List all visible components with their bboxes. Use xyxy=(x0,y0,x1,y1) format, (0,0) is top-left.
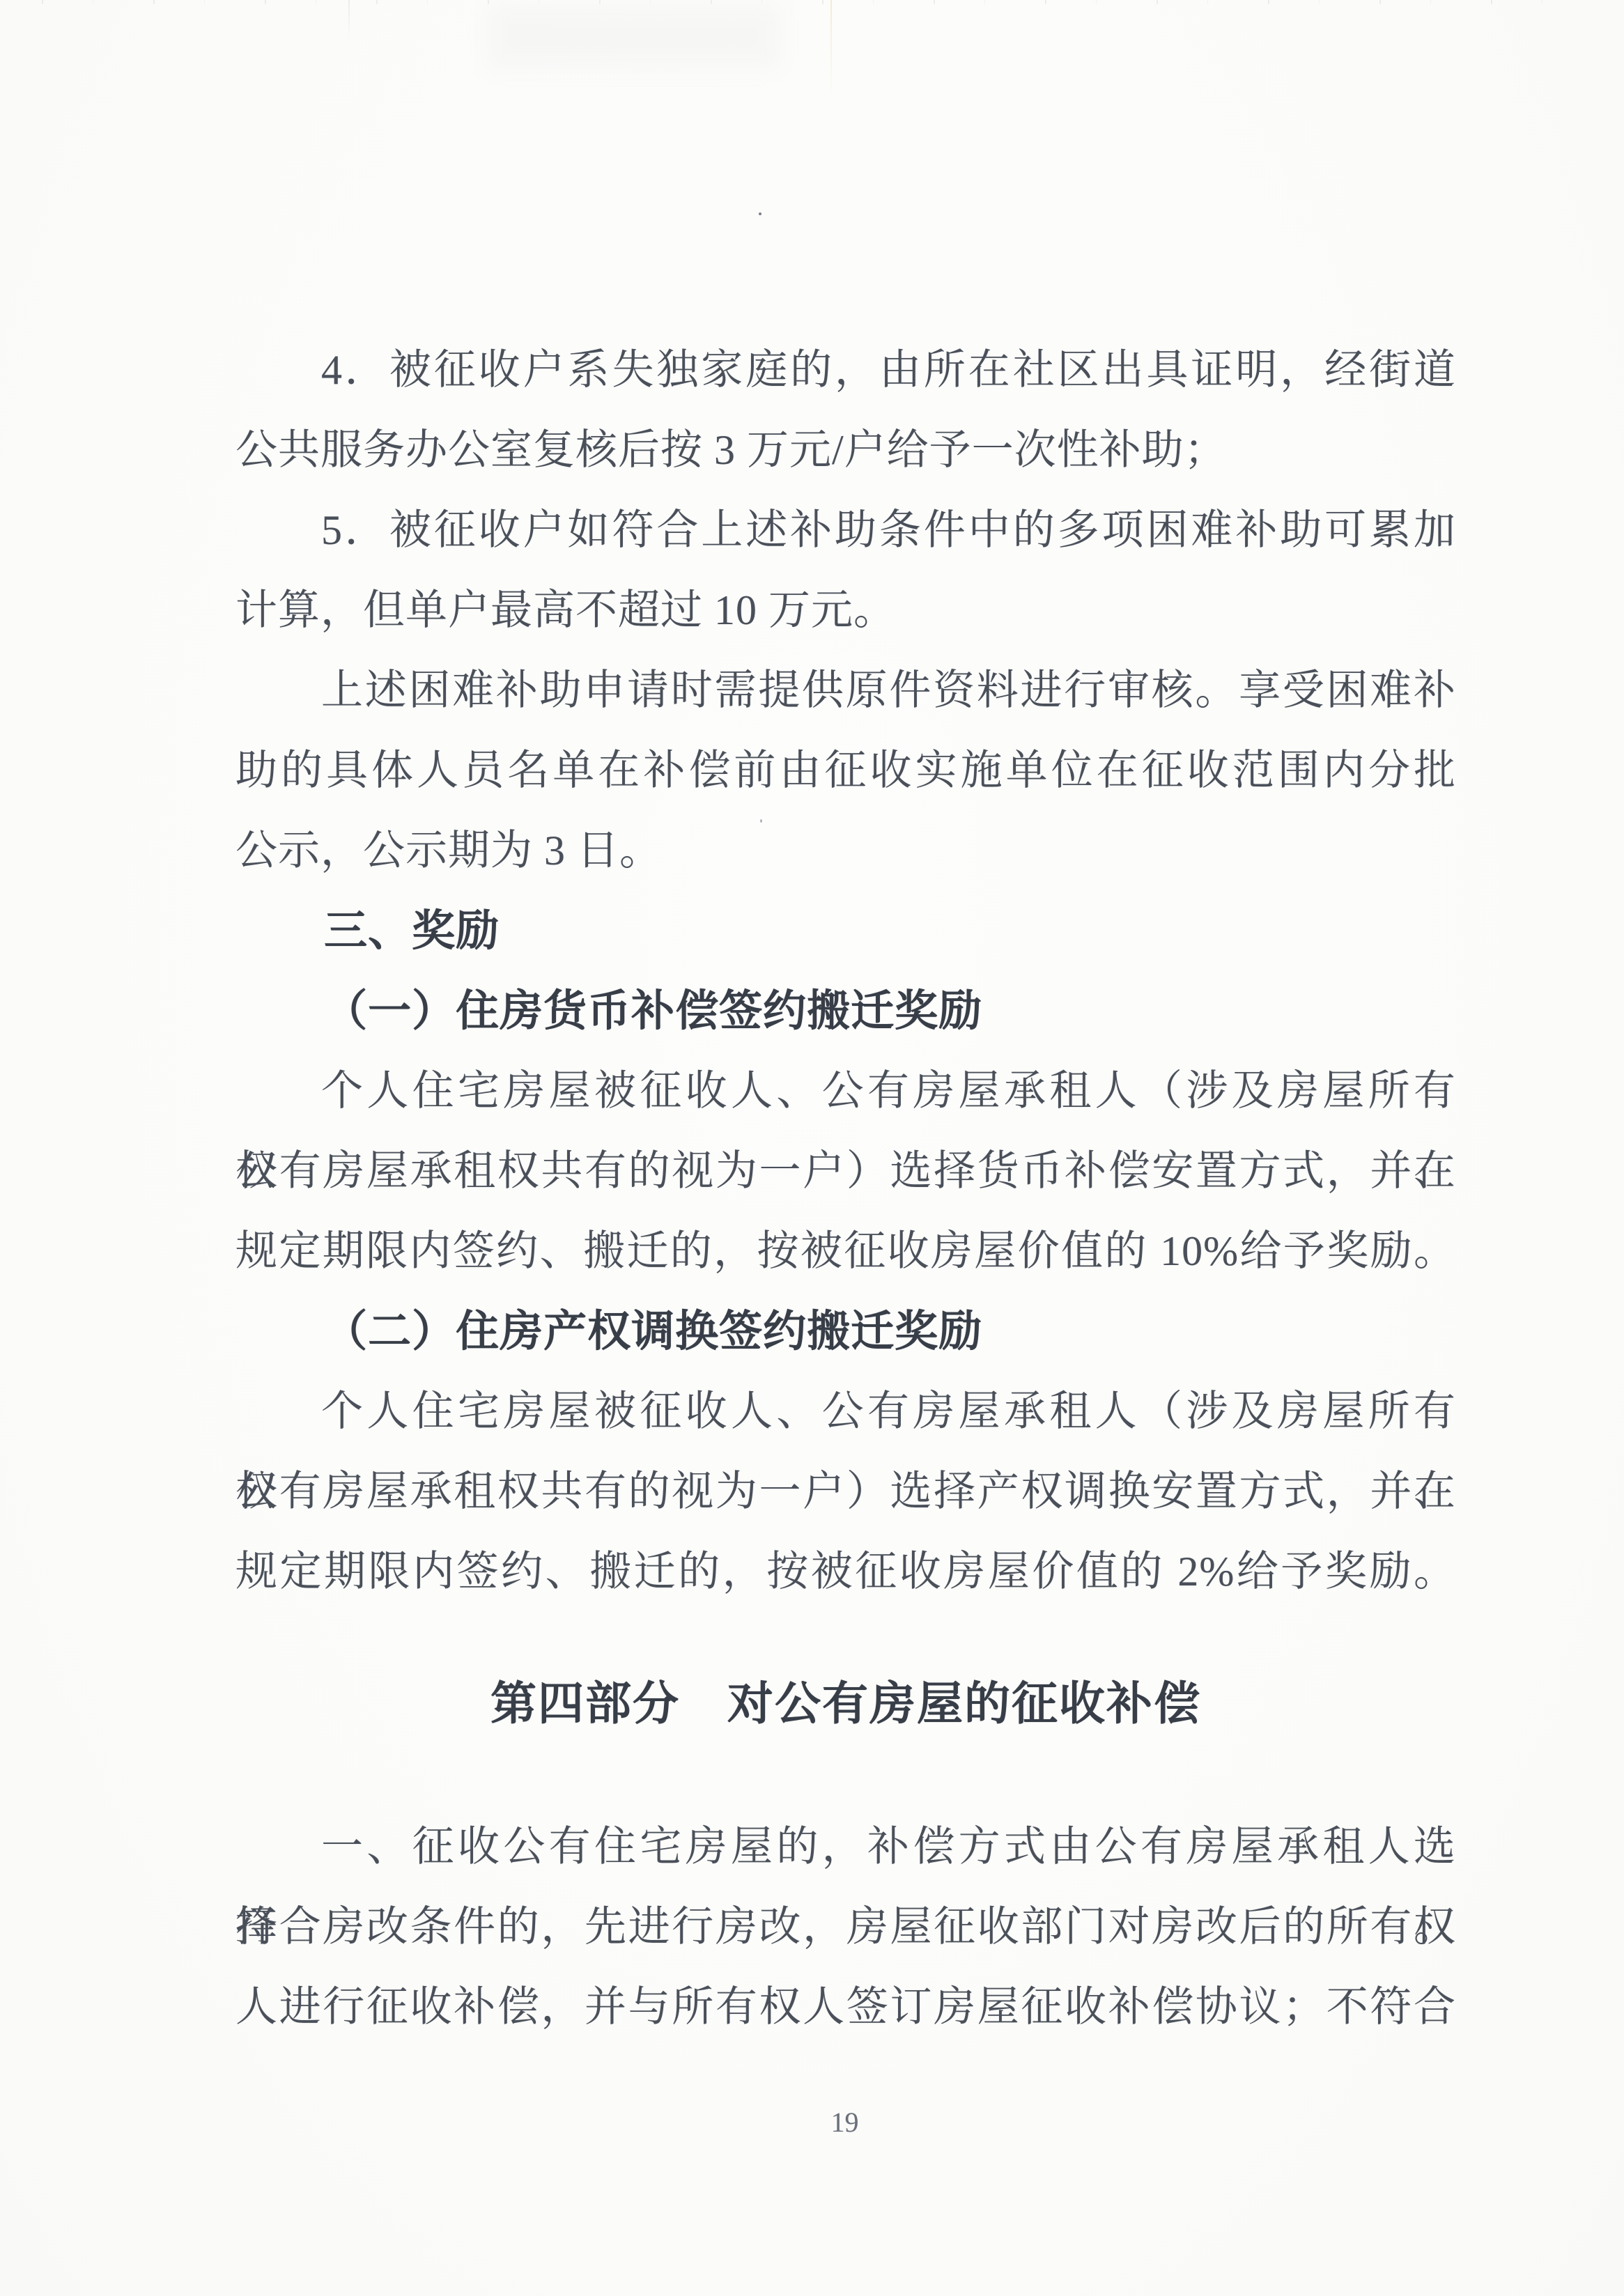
text-line: 个人住宅房屋被征收人、公有房屋承租人（涉及房屋所有权、 xyxy=(235,1051,1456,1131)
text-line: 人进行征收补偿，并与所有权人签订房屋征收补偿协议；不符合 xyxy=(235,1967,1456,2047)
document-page: 4．被征收户系失独家庭的，由所在社区出具证明，经街道 公共服务办公室复核后按 3… xyxy=(0,0,1624,2296)
section-heading: 第四部分 对公有房屋的征收补偿 xyxy=(235,1663,1456,1744)
text-line: 助的具体人员名单在补偿前由征收实施单位在征收范围内分批 xyxy=(235,731,1456,811)
subsection-heading: （一）住房货币补偿签约搬迁奖励 xyxy=(235,971,1456,1051)
text-line: 公示，公示期为 3 日。 xyxy=(235,811,1456,891)
subsection-heading: （二）住房产权调换签约搬迁奖励 xyxy=(235,1291,1456,1372)
text-line: 公共服务办公室复核后按 3 万元/户给予一次性补助； xyxy=(235,410,1456,490)
scan-streak xyxy=(830,0,832,98)
page-number-value: 19 xyxy=(831,2107,859,2138)
scanner-edge-artifact xyxy=(42,0,1582,4)
text-line: 个人住宅房屋被征收人、公有房屋承租人（涉及房屋所有权、 xyxy=(235,1372,1456,1452)
text-line: 规定期限内签约、搬迁的，按被征收房屋价值的 2%给予奖励。 xyxy=(235,1532,1456,1612)
text-line: 符合房改条件的，先进行房改，房屋征收部门对房改后的所有权 xyxy=(235,1887,1456,1967)
text-block: 4．被征收户系失独家庭的，由所在社区出具证明，经街道 公共服务办公室复核后按 3… xyxy=(235,330,1456,2047)
subsection-heading: 三、奖励 xyxy=(235,891,1456,971)
scan-smudge xyxy=(488,6,780,68)
text-line: 公有房屋承租权共有的视为一户）选择货币补偿安置方式，并在 xyxy=(235,1131,1456,1211)
scan-speck xyxy=(759,212,761,215)
page-number: 19 xyxy=(0,2105,1624,2140)
text-line: 5．被征收户如符合上述补助条件中的多项困难补助可累加 xyxy=(235,490,1456,571)
text-line: 一、征收公有住宅房屋的，补偿方式由公有房屋承租人选择。 xyxy=(235,1807,1456,1887)
text-line: 上述困难补助申请时需提供原件资料进行审核。享受困难补 xyxy=(235,651,1456,731)
text-line: 计算，但单户最高不超过 10 万元。 xyxy=(235,571,1456,651)
scan-streak xyxy=(348,0,350,42)
text-line: 4．被征收户系失独家庭的，由所在社区出具证明，经街道 xyxy=(235,330,1456,410)
text-line: 公有房屋承租权共有的视为一户）选择产权调换安置方式，并在 xyxy=(235,1452,1456,1532)
text-line: 规定期限内签约、搬迁的，按被征收房屋价值的 10%给予奖励。 xyxy=(235,1211,1456,1291)
